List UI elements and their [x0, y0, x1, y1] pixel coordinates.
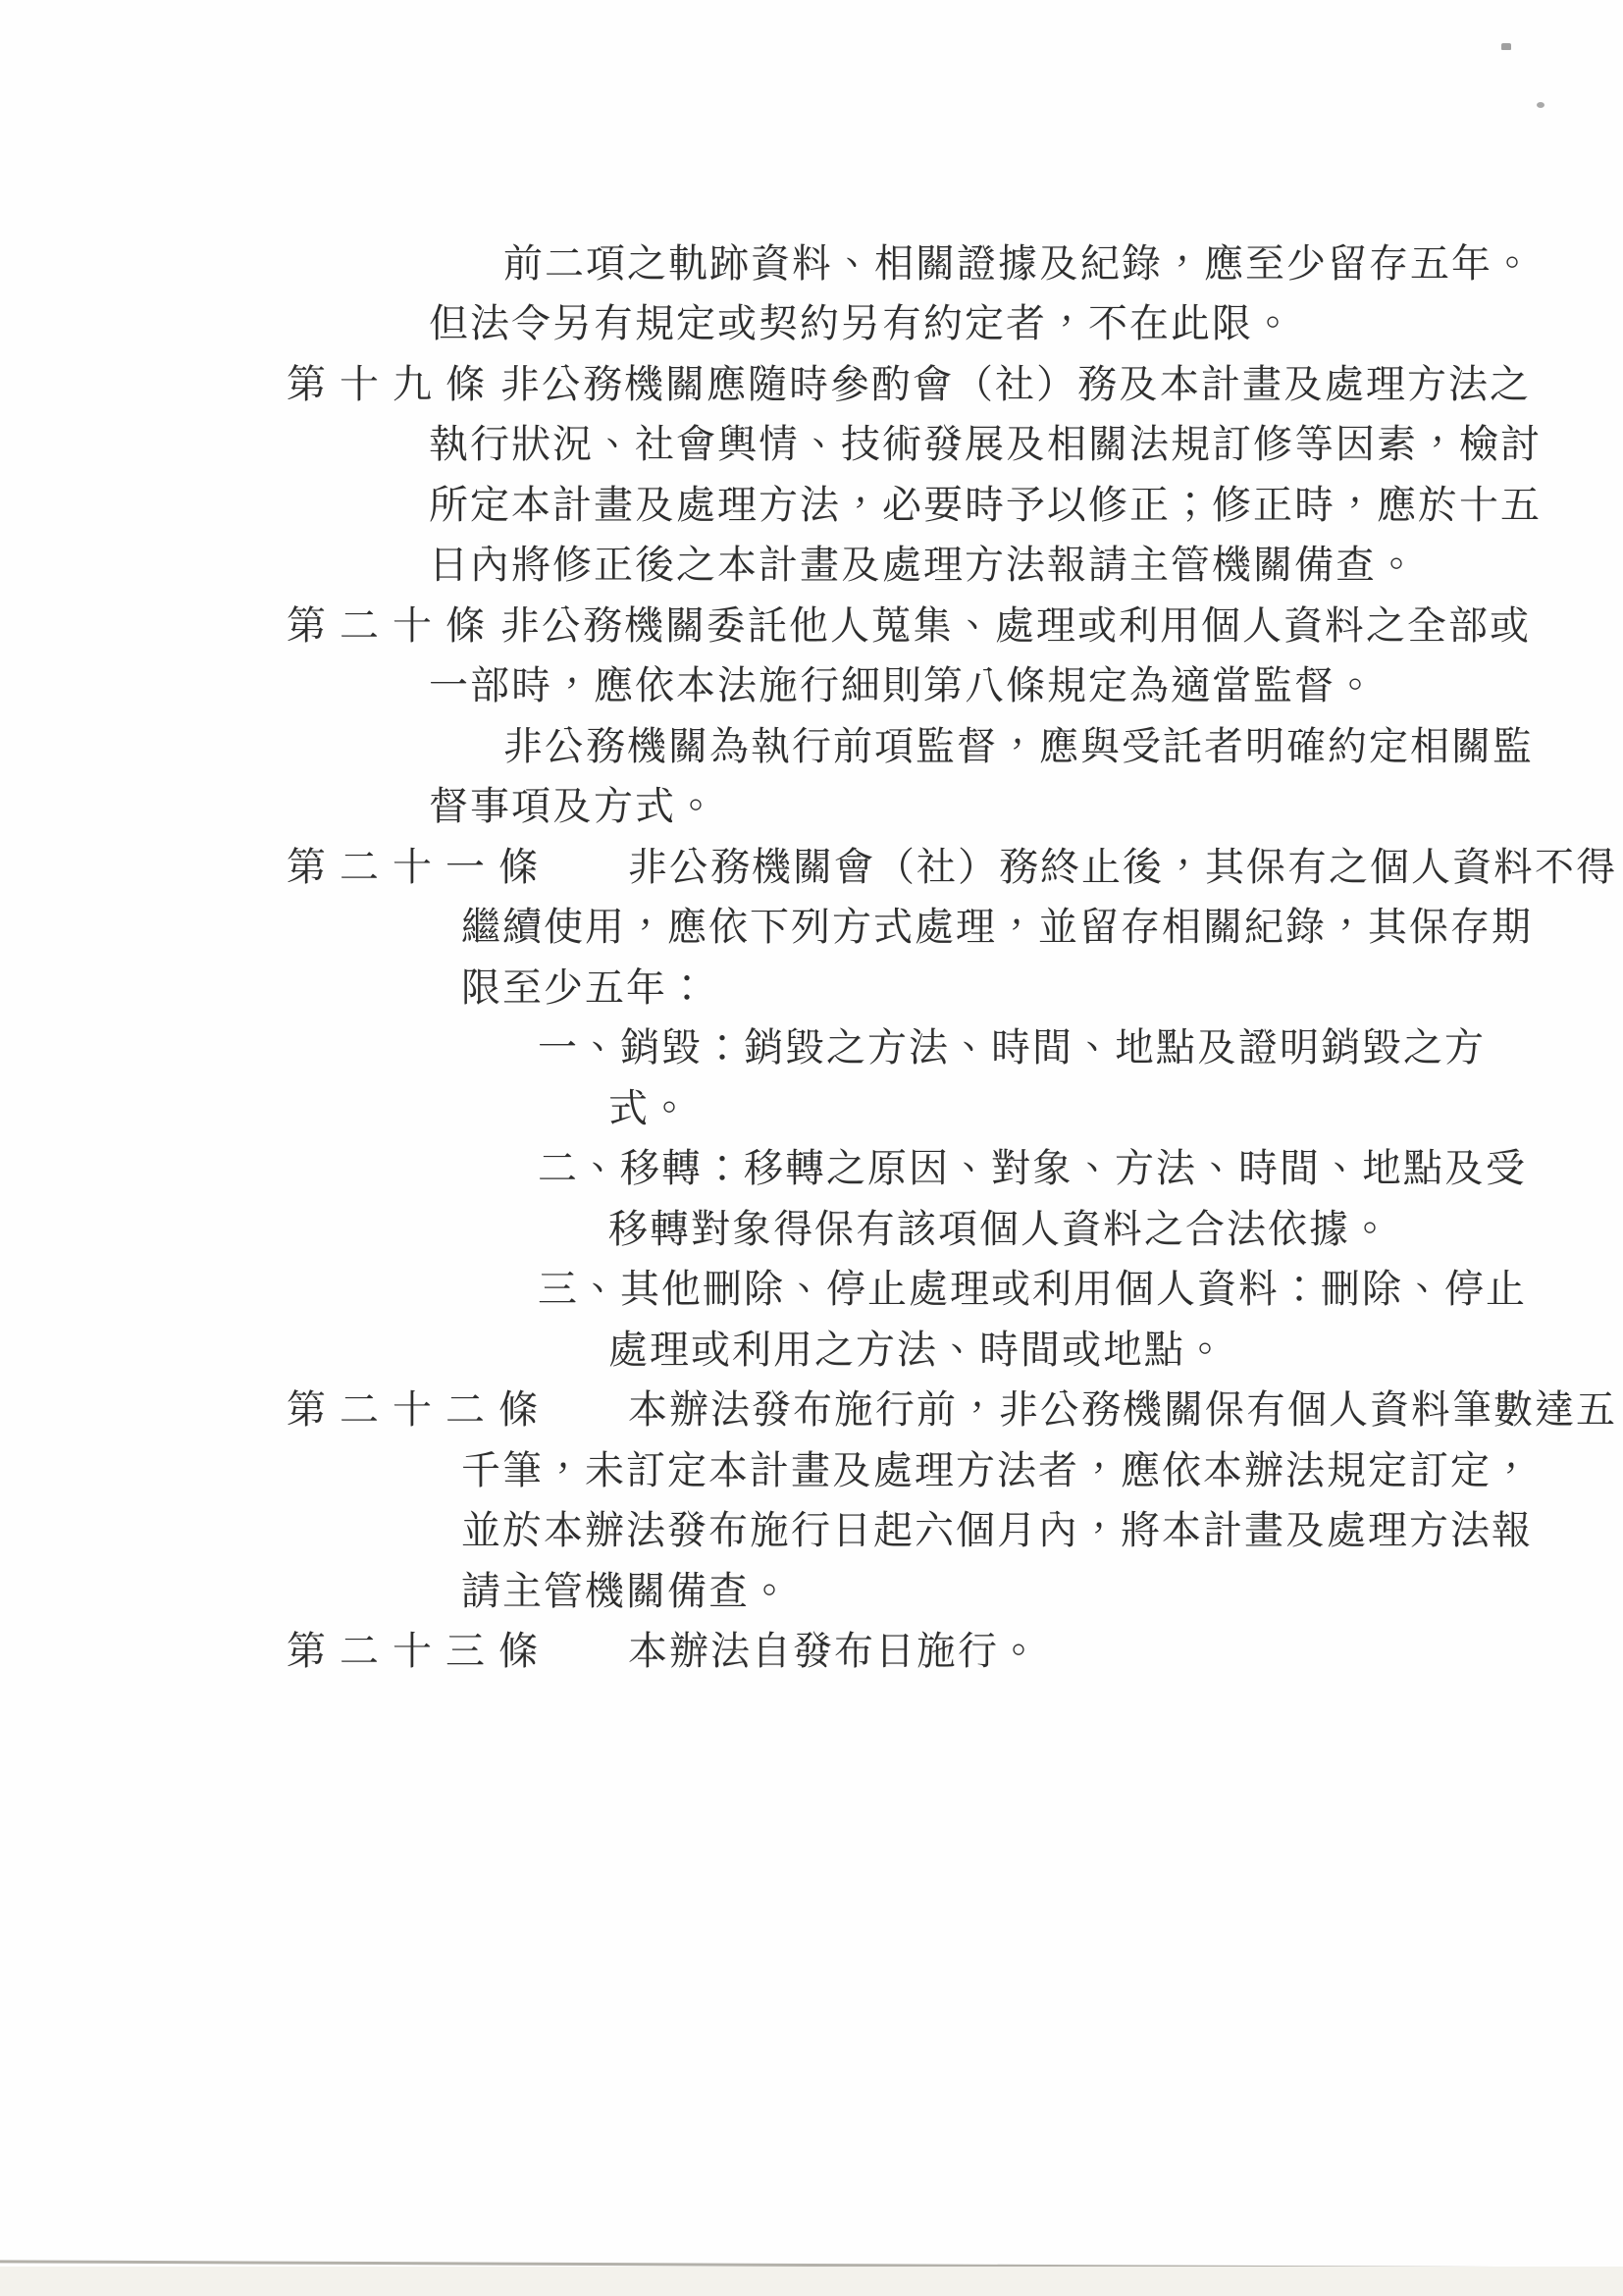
line-text: 千筆，未訂定本計畫及處理方法者，應依本辦法規定訂定， — [461, 1448, 1533, 1492]
list-item-line: 一、銷毀：銷毀之方法、時間、地點及證明銷毀之方 — [538, 1018, 1486, 1078]
line-text: 本辦法發布施行前，非公務機關保有個人資料筆數達五 — [628, 1380, 1617, 1440]
scanned-document-page: 前二項之軌跡資料、相關證據及紀錄，應至少留存五年。 但法令另有規定或契約另有約定… — [0, 0, 1623, 2296]
article-19-line: 第十九條 非公務機關應隨時參酌會（社）務及本計畫及處理方法之 — [0, 354, 1623, 415]
line-text: 督事項及方式。 — [429, 784, 717, 828]
line-text: 一、銷毀：銷毀之方法、時間、地點及證明銷毀之方 — [538, 1025, 1486, 1070]
text-line: 並於本辦法發布施行日起六個月內，將本計畫及處理方法報 — [461, 1500, 1533, 1561]
scan-margin-below-edge — [0, 2267, 1623, 2296]
line-text: 移轉對象得保有該項個人資料之合法依據。 — [608, 1207, 1391, 1251]
text-line: 前二項之軌跡資料、相關證據及紀錄，應至少留存五年。 — [503, 234, 1534, 294]
line-text: 並於本辦法發布施行日起六個月內，將本計畫及處理方法報 — [461, 1508, 1533, 1552]
line-text: 一部時，應依本法施行細則第八條規定為適當監督。 — [429, 663, 1377, 707]
line-text: 三、其他刪除、停止處理或利用個人資料：刪除、停止 — [538, 1267, 1527, 1311]
text-line: 執行狀況、社會輿情、技術發展及相關法規訂修等因素，檢討 — [429, 414, 1542, 475]
text-line: 所定本計畫及處理方法，必要時予以修正；修正時，應於十五 — [429, 475, 1542, 536]
text-line: 請主管機關備查。 — [461, 1561, 791, 1622]
line-text: 二、移轉：移轉之原因、對象、方法、時間、地點及受 — [538, 1146, 1527, 1190]
text-line: 移轉對象得保有該項個人資料之合法依據。 — [608, 1199, 1391, 1260]
article-number-label: 第二十一條 — [287, 837, 551, 898]
text-line: 限至少五年： — [461, 958, 708, 1018]
article-23-line: 第二十三條 本辦法自發布日施行。 — [0, 1621, 1623, 1682]
line-text: 所定本計畫及處理方法，必要時予以修正；修正時，應於十五 — [429, 483, 1542, 527]
list-item-line: 三、其他刪除、停止處理或利用個人資料：刪除、停止 — [538, 1259, 1527, 1320]
line-text: 請主管機關備查。 — [461, 1569, 791, 1613]
line-text: 繼續使用，應依下列方式處理，並留存相關紀錄，其保存期 — [461, 905, 1533, 949]
line-text: 但法令另有規定或契約另有約定者，不在此限。 — [429, 301, 1294, 345]
line-text: 限至少五年： — [461, 965, 708, 1010]
line-text: 非公務機關會（社）務終止後，其保有之個人資料不得 — [628, 837, 1617, 898]
line-text: 處理或利用之方法、時間或地點。 — [608, 1328, 1227, 1372]
list-item-line: 二、移轉：移轉之原因、對象、方法、時間、地點及受 — [538, 1138, 1527, 1199]
article-number-label: 第二十條 — [287, 596, 498, 656]
article-21-line: 第二十一條 非公務機關會（社）務終止後，其保有之個人資料不得 — [0, 837, 1623, 898]
article-number-label: 第二十三條 — [287, 1621, 551, 1682]
text-line: 處理或利用之方法、時間或地點。 — [608, 1320, 1227, 1381]
text-line: 督事項及方式。 — [429, 776, 717, 837]
text-line: 千筆，未訂定本計畫及處理方法者，應依本辦法規定訂定， — [461, 1440, 1533, 1501]
text-line: 日內將修正後之本計畫及處理方法報請主管機關備查。 — [429, 535, 1418, 596]
text-line: 式。 — [608, 1078, 691, 1139]
text-line: 一部時，應依本法施行細則第八條規定為適當監督。 — [429, 655, 1377, 716]
line-text: 式。 — [608, 1086, 691, 1130]
line-text: 非公務機關為執行前項監督，應與受託者明確約定相關監 — [503, 724, 1534, 768]
line-text: 日內將修正後之本計畫及處理方法報請主管機關備查。 — [429, 543, 1418, 587]
article-number-label: 第二十二條 — [287, 1380, 551, 1440]
text-line: 繼續使用，應依下列方式處理，並留存相關紀錄，其保存期 — [461, 897, 1533, 958]
line-text: 非公務機關委託他人蒐集、處理或利用個人資料之全部或 — [500, 596, 1531, 656]
text-line: 但法令另有規定或契約另有約定者，不在此限。 — [429, 293, 1294, 354]
line-text: 本辦法自發布日施行。 — [628, 1621, 1040, 1682]
article-number-label: 第十九條 — [287, 354, 498, 415]
line-text: 非公務機關應隨時參酌會（社）務及本計畫及處理方法之 — [500, 354, 1531, 415]
article-20-line: 第二十條 非公務機關委託他人蒐集、處理或利用個人資料之全部或 — [0, 596, 1623, 656]
scan-dust-speck — [1501, 43, 1511, 50]
line-text: 前二項之軌跡資料、相關證據及紀錄，應至少留存五年。 — [503, 241, 1534, 286]
article-22-line: 第二十二條 本辦法發布施行前，非公務機關保有個人資料筆數達五 — [0, 1380, 1623, 1440]
line-text: 執行狀況、社會輿情、技術發展及相關法規訂修等因素，檢討 — [429, 422, 1542, 466]
text-line: 非公務機關為執行前項監督，應與受託者明確約定相關監 — [503, 716, 1534, 777]
scan-dust-speck — [1537, 102, 1544, 108]
